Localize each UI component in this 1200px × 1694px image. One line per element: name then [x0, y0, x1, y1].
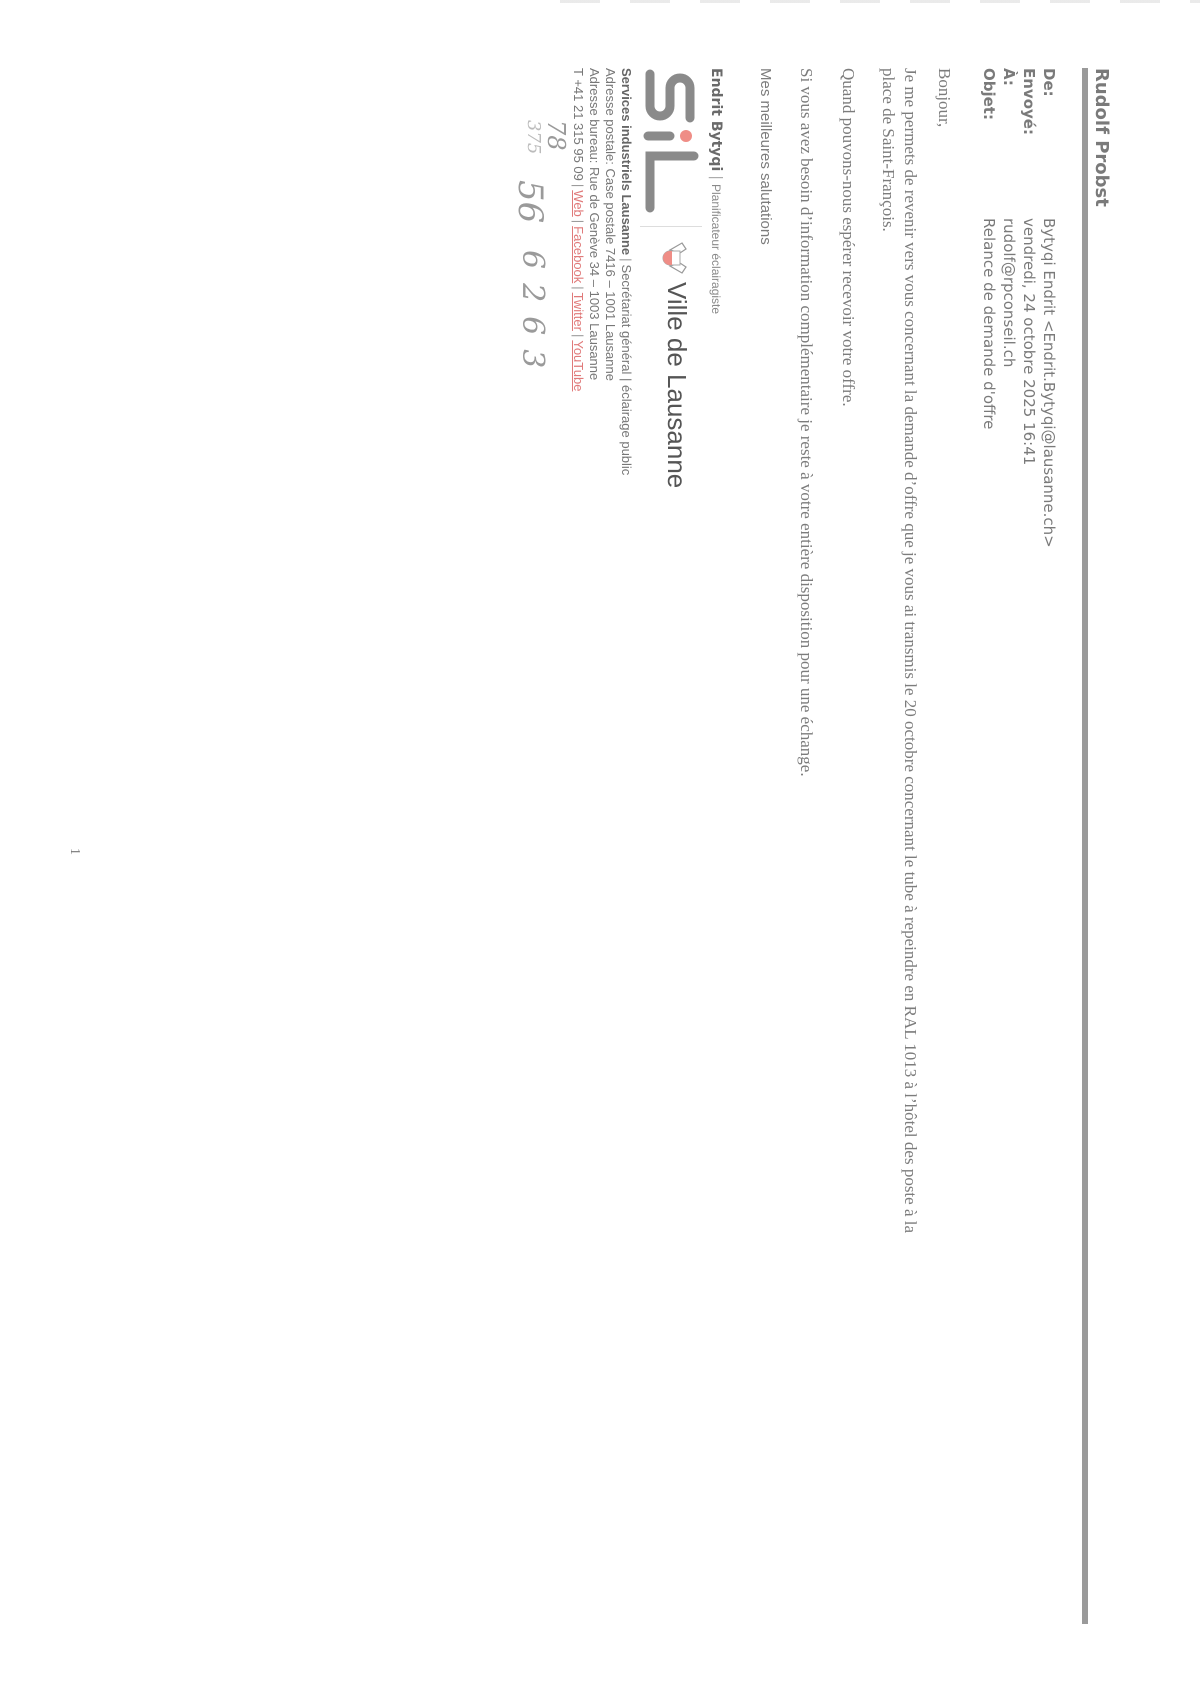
- phone: T +41 21 315 95 09: [571, 68, 586, 181]
- handwritten-note-2: 375: [523, 120, 544, 154]
- org-departments: Secrétariat général | éclairage public: [619, 265, 634, 476]
- sender-name: Rudolf Probst: [1091, 68, 1112, 207]
- twitter-link[interactable]: Twitter: [571, 293, 586, 331]
- from-label: De:: [1040, 68, 1058, 97]
- to-label: À:: [1000, 68, 1018, 86]
- closing: Mes meilleures salutations: [757, 68, 774, 245]
- signature-role: Planificateur éclairagiste: [709, 184, 723, 314]
- handwritten-note-1: 78: [542, 120, 570, 151]
- sent-label: Envoyé:: [1020, 68, 1038, 135]
- signature-name-line: Endrit Bytyqi|Planificateur éclairagiste: [708, 68, 724, 314]
- sent-value: vendredi, 24 octobre 2025 16:41: [1020, 218, 1038, 465]
- paragraph-2: Quand pouvons-nous espérer recevoir votr…: [838, 68, 858, 407]
- sil-logo-icon: [640, 68, 700, 218]
- to-value: rudolf@rpconseil.ch: [1000, 218, 1018, 367]
- header-rule: [1082, 68, 1088, 1624]
- paragraph-3: Si vous avez besoin d’information complé…: [796, 68, 816, 777]
- logo-divider: [640, 226, 702, 227]
- ville-de-lausanne-logo-text: Ville de Lausanne: [661, 282, 692, 488]
- postal-address: Adresse postale: Case postale 7416 – 100…: [603, 68, 618, 381]
- handwritten-note-3: 56: [510, 180, 550, 223]
- email-printout: Rudolf Probst De: Bytyqi Endrit <Endrit.…: [0, 0, 1200, 1694]
- subject-value: Relance de demande d'offre: [980, 218, 998, 429]
- handwritten-note-4: 6263: [515, 250, 550, 382]
- youtube-link[interactable]: YouTube: [571, 340, 586, 391]
- signature-name: Endrit Bytyqi: [708, 68, 724, 171]
- greeting: Bonjour,: [934, 68, 954, 127]
- contact-line: T +41 21 315 95 09|Web|Facebook|Twitter|…: [571, 68, 586, 391]
- org-line: Services industriels Lausanne|Secrétaria…: [619, 68, 634, 475]
- signature-separator: |: [708, 175, 724, 180]
- page-number: 1: [66, 848, 82, 855]
- office-address: Adresse bureau: Rue de Genève 34 – 1003 …: [587, 68, 602, 380]
- facebook-link[interactable]: Facebook: [571, 226, 586, 283]
- subject-label: Objet:: [980, 68, 998, 120]
- paragraph-1-line-1: Je me permets de revenir vers vous conce…: [900, 68, 920, 1233]
- org-name: Services industriels Lausanne: [619, 68, 634, 255]
- from-value: Bytyqi Endrit <Endrit.Bytyqi@lausanne.ch…: [1040, 218, 1058, 548]
- paragraph-1-line-2: place de Saint-François.: [878, 68, 898, 232]
- scanned-page: Rudolf Probst De: Bytyqi Endrit <Endrit.…: [0, 0, 1200, 1694]
- web-link[interactable]: Web: [571, 190, 586, 217]
- lausanne-coat-of-arms-icon: [658, 240, 688, 276]
